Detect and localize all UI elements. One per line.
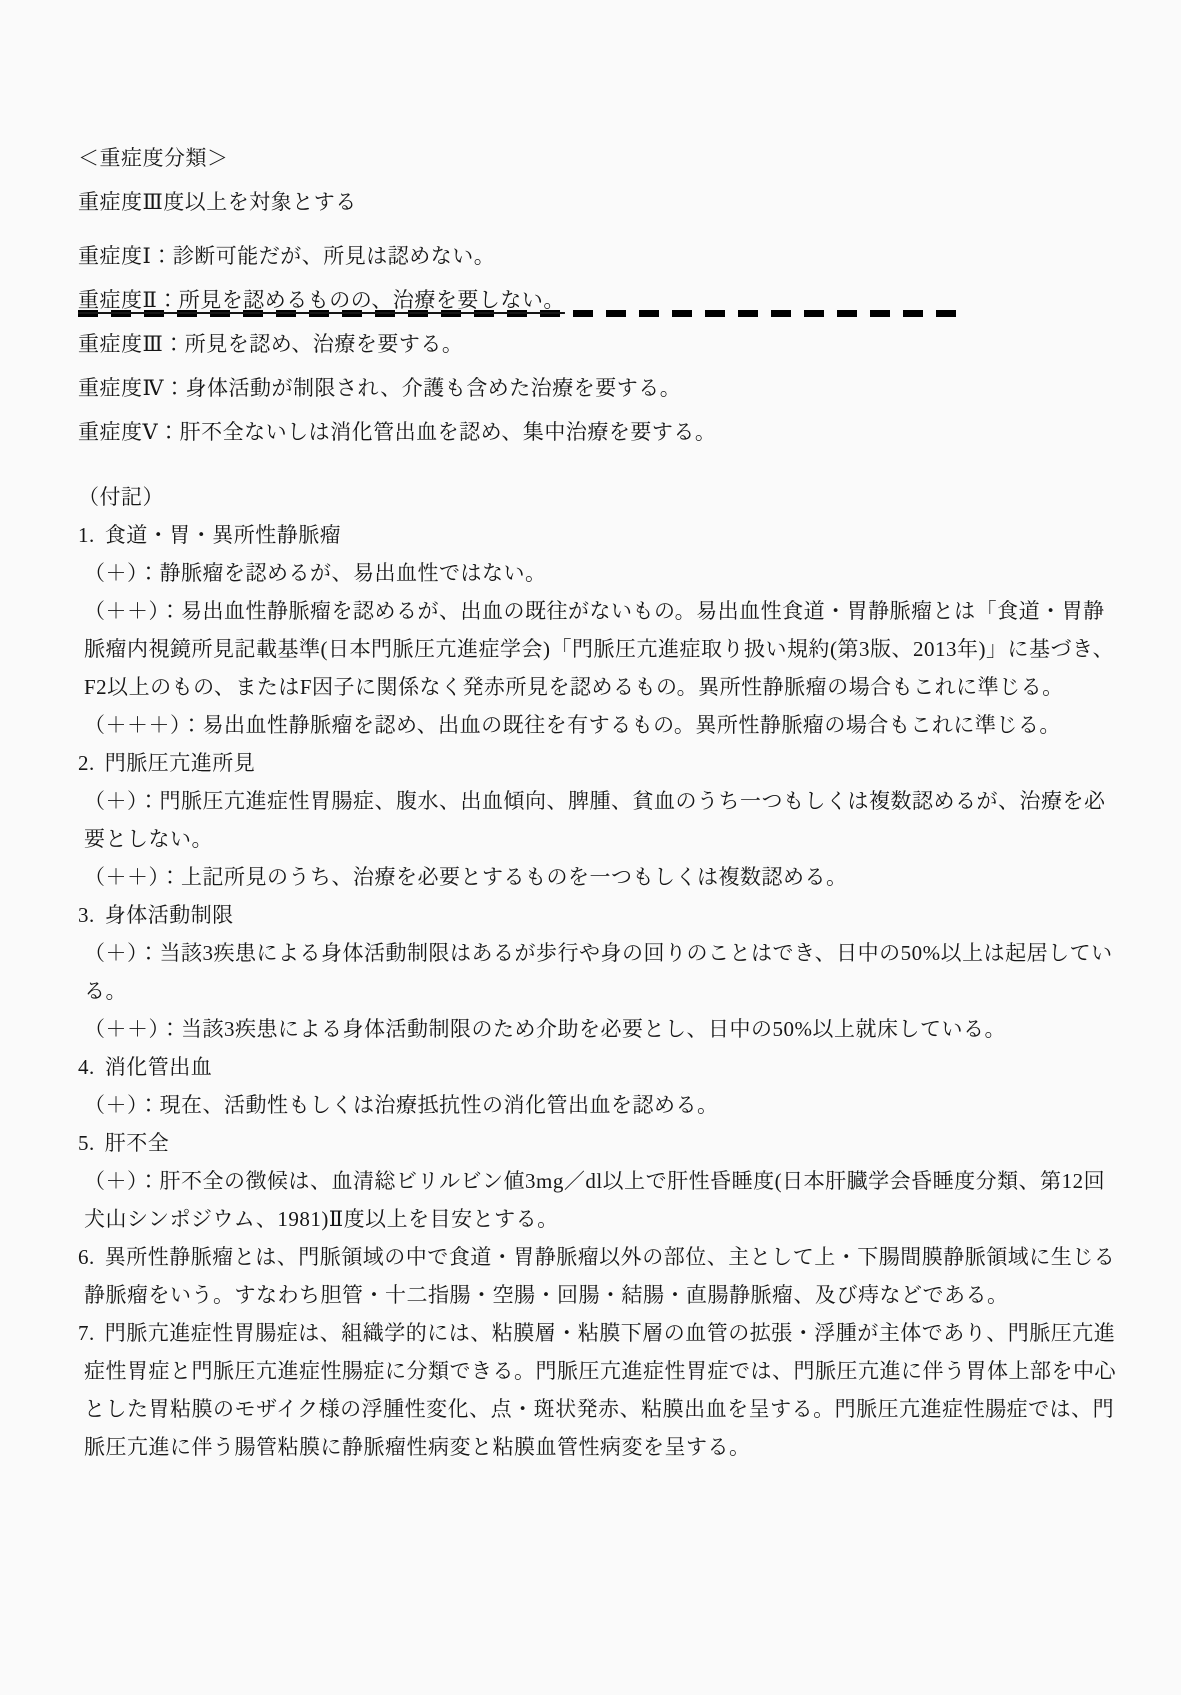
severity-level-4: 重症度Ⅳ：身体活動が制限され、介護も含めた治療を要する。 <box>78 366 1117 410</box>
notes-section: （付記） 1.食道・胃・異所性静脈瘤 （＋）：静脈瘤を認めるが、易出血性ではない… <box>78 478 1117 1466</box>
note-item-detail: （＋＋）：易出血性静脈瘤を認めるが、出血の既往がないもの。易出血性食道・胃静脈瘤… <box>78 592 1117 706</box>
note-item-detail: （＋）：門脈圧亢進症性胃腸症、腹水、出血傾向、脾腫、貧血のうち一つもしくは複数認… <box>78 782 1117 858</box>
note-item-paragraph: 6.異所性静脈瘤とは、門脈領域の中で食道・胃静脈瘤以外の部位、主として上・下腸間… <box>78 1238 1117 1314</box>
severity-level-3: 重症度Ⅲ：所見を認め、治療を要する。 <box>78 322 1117 366</box>
note-item-body-text: 異所性静脈瘤とは、門脈領域の中で食道・胃静脈瘤以外の部位、主として上・下腸間膜静… <box>84 1245 1115 1307</box>
note-item-number: 4. <box>78 1055 95 1079</box>
note-item-title-text: 身体活動制限 <box>105 903 234 927</box>
note-item-title-text: 食道・胃・異所性静脈瘤 <box>105 523 342 547</box>
note-item-detail: （＋＋）：上記所見のうち、治療を必要とするものを一つもしくは複数認める。 <box>78 858 1117 896</box>
note-item-detail: （＋）：当該3疾患による身体活動制限はあるが歩行や身の回りのことはでき、日中の5… <box>78 934 1117 1010</box>
note-item-1: 1.食道・胃・異所性静脈瘤 （＋）：静脈瘤を認めるが、易出血性ではない。 （＋＋… <box>78 516 1117 744</box>
document-content: ＜重症度分類＞ 重症度Ⅲ度以上を対象とする 重症度Ⅰ：診断可能だが、所見は認めな… <box>0 0 1181 1466</box>
note-item-number: 2. <box>78 751 95 775</box>
severity-level-5: 重症度Ⅴ：肝不全ないしは消化管出血を認め、集中治療を要する。 <box>78 410 1117 454</box>
note-item-7: 7.門脈亢進症性胃腸症は、組織学的には、粘膜層・粘膜下層の血管の拡張・浮腫が主体… <box>78 1314 1117 1466</box>
notes-heading: （付記） <box>78 478 1117 516</box>
note-item-title-text: 肝不全 <box>105 1131 170 1155</box>
scope-line: 重症度Ⅲ度以上を対象とする <box>78 180 1117 224</box>
note-item-detail: （＋）：静脈瘤を認めるが、易出血性ではない。 <box>78 554 1117 592</box>
note-item-2: 2.門脈圧亢進所見 （＋）：門脈圧亢進症性胃腸症、腹水、出血傾向、脾腫、貧血のう… <box>78 744 1117 896</box>
note-item-number: 5. <box>78 1131 95 1155</box>
note-item-title: 1.食道・胃・異所性静脈瘤 <box>78 516 1117 554</box>
document-page: ＜重症度分類＞ 重症度Ⅲ度以上を対象とする 重症度Ⅰ：診断可能だが、所見は認めな… <box>0 0 1181 1695</box>
note-item-number: 7. <box>78 1321 95 1345</box>
note-item-number: 1. <box>78 523 95 547</box>
note-item-title-text: 消化管出血 <box>105 1055 213 1079</box>
severity-list: 重症度Ⅰ：診断可能だが、所見は認めない。 重症度Ⅱ：所見を認めるものの、治療を要… <box>78 234 1117 454</box>
note-item-title-text: 門脈圧亢進所見 <box>105 751 256 775</box>
note-item-5: 5.肝不全 （＋）：肝不全の徴候は、血清総ビリルビン値3mg／dl以上で肝性昏睡… <box>78 1124 1117 1238</box>
note-item-title: 4.消化管出血 <box>78 1048 1117 1086</box>
severity-level-1: 重症度Ⅰ：診断可能だが、所見は認めない。 <box>78 234 1117 278</box>
note-item-number: 3. <box>78 903 95 927</box>
note-item-body-text: 門脈亢進症性胃腸症は、組織学的には、粘膜層・粘膜下層の血管の拡張・浮腫が主体であ… <box>84 1321 1116 1459</box>
note-item-3: 3.身体活動制限 （＋）：当該3疾患による身体活動制限はあるが歩行や身の回りのこ… <box>78 896 1117 1048</box>
note-item-4: 4.消化管出血 （＋）：現在、活動性もしくは治療抵抗性の消化管出血を認める。 <box>78 1048 1117 1124</box>
note-item-title: 5.肝不全 <box>78 1124 1117 1162</box>
page-title: ＜重症度分類＞ <box>78 136 1117 180</box>
note-item-title: 2.門脈圧亢進所見 <box>78 744 1117 782</box>
note-item-detail: （＋）：肝不全の徴候は、血清総ビリルビン値3mg／dl以上で肝性昏睡度(日本肝臓… <box>78 1162 1117 1238</box>
note-item-number: 6. <box>78 1245 95 1269</box>
note-item-detail: （＋）：現在、活動性もしくは治療抵抗性の消化管出血を認める。 <box>78 1086 1117 1124</box>
note-item-detail: （＋＋）：当該3疾患による身体活動制限のため介助を必要とし、日中の50%以上就床… <box>78 1010 1117 1048</box>
note-item-6: 6.異所性静脈瘤とは、門脈領域の中で食道・胃静脈瘤以外の部位、主として上・下腸間… <box>78 1238 1117 1314</box>
note-item-title: 3.身体活動制限 <box>78 896 1117 934</box>
note-item-detail: （＋＋＋）：易出血性静脈瘤を認め、出血の既往を有するもの。異所性静脈瘤の場合もこ… <box>78 706 1117 744</box>
note-item-paragraph: 7.門脈亢進症性胃腸症は、組織学的には、粘膜層・粘膜下層の血管の拡張・浮腫が主体… <box>78 1314 1117 1466</box>
